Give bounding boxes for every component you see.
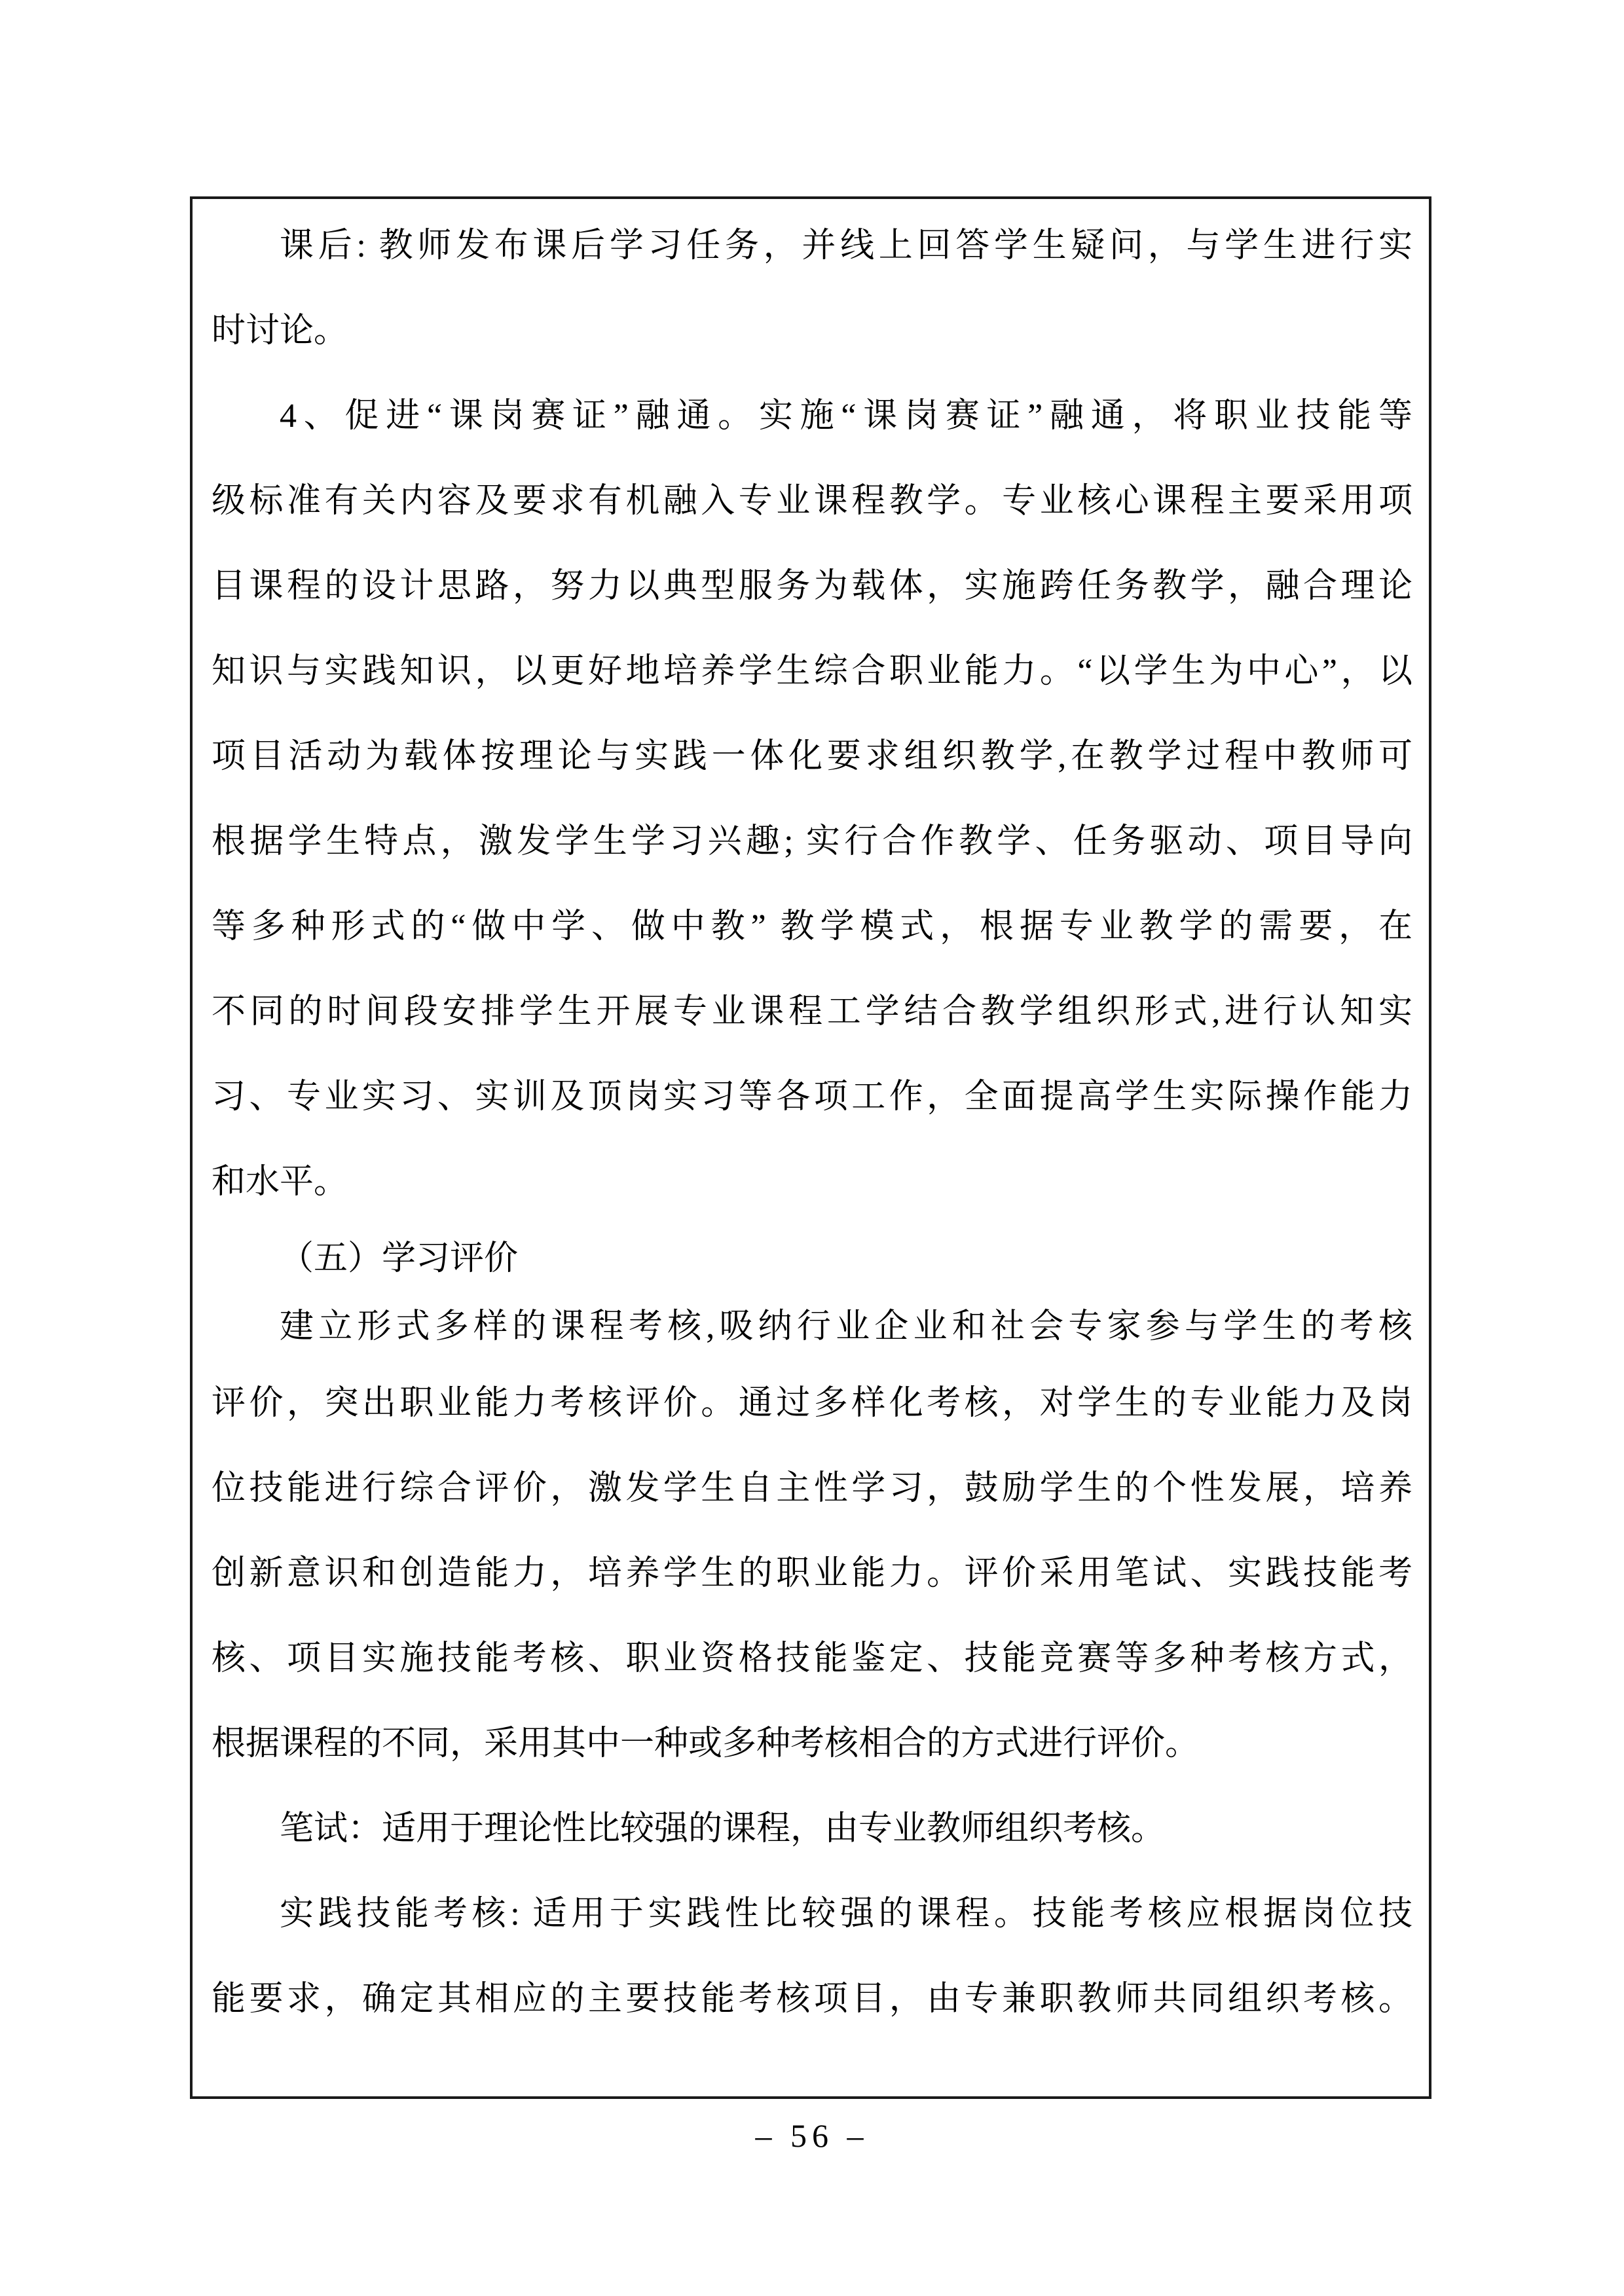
text-line: 建立形式多样的课程考核,吸纳行业企业和社会专家参与学生的考核 [212, 1293, 1412, 1361]
section-heading: （五）学习评价 [212, 1225, 1412, 1293]
page-border: 课后: 教师发布课后学习任务，并线上回答学生疑问，与学生进行实 时讨论。 4、促… [190, 196, 1431, 2099]
text-line: 实践技能考核: 适用于实践性比较强的课程。技能考核应根据岗位技 [212, 1872, 1412, 1957]
text-line: 位技能进行综合评价，激发学生自主性学习，鼓励学生的个性发展，培养 [212, 1446, 1412, 1531]
text-line: 根据课程的不同，采用其中一种或多种考核相合的方式进行评价。 [212, 1702, 1412, 1787]
text-line: 级标准有关内容及要求有机融入专业课程教学。专业核心课程主要采用项 [212, 459, 1412, 544]
page-number: – 56 – [0, 2116, 1624, 2155]
text-line: 目课程的设计思路，努力以典型服务为载体，实施跨任务教学，融合理论 [212, 544, 1412, 629]
text-line: 时讨论。 [212, 289, 1412, 374]
text-line: 习、专业实习、实训及顶岗实习等各项工作，全面提高学生实际操作能力 [212, 1055, 1412, 1140]
text-block: 课后: 教师发布课后学习任务，并线上回答学生疑问，与学生进行实 时讨论。 4、促… [212, 204, 1412, 2042]
document-page: { "doc": { "lines": [ "课后: 教师发布课后学习任务，并线… [0, 0, 1624, 2296]
text-line: 和水平。 [212, 1140, 1412, 1225]
text-line: 根据学生特点，激发学生学习兴趣; 实行合作教学、任务驱动、项目导向 [212, 799, 1412, 884]
text-line: 课后: 教师发布课后学习任务，并线上回答学生疑问，与学生进行实 [212, 204, 1412, 289]
text-line: 4、促进“课岗赛证”融通。实施“课岗赛证”融通，将职业技能等 [212, 374, 1412, 459]
text-line: 项目活动为载体按理论与实践一体化要求组织教学,在教学过程中教师可 [212, 714, 1412, 799]
text-line: 能要求，确定其相应的主要技能考核项目，由专兼职教师共同组织考核。 [212, 1957, 1412, 2042]
text-line: 知识与实践知识，以更好地培养学生综合职业能力。“以学生为中心”，以 [212, 629, 1412, 714]
text-line: 评价，突出职业能力考核评价。通过多样化考核，对学生的专业能力及岗 [212, 1361, 1412, 1446]
text-line: 笔试：适用于理论性比较强的课程，由专业教师组织考核。 [212, 1787, 1412, 1872]
text-line: 创新意识和创造能力，培养学生的职业能力。评价采用笔试、实践技能考 [212, 1531, 1412, 1616]
text-line: 等多种形式的“做中学、做中教” 教学模式，根据专业教学的需要，在 [212, 884, 1412, 970]
text-line: 核、项目实施技能考核、职业资格技能鉴定、技能竞赛等多种考核方式， [212, 1616, 1412, 1702]
text-line: 不同的时间段安排学生开展专业课程工学结合教学组织形式,进行认知实 [212, 970, 1412, 1055]
